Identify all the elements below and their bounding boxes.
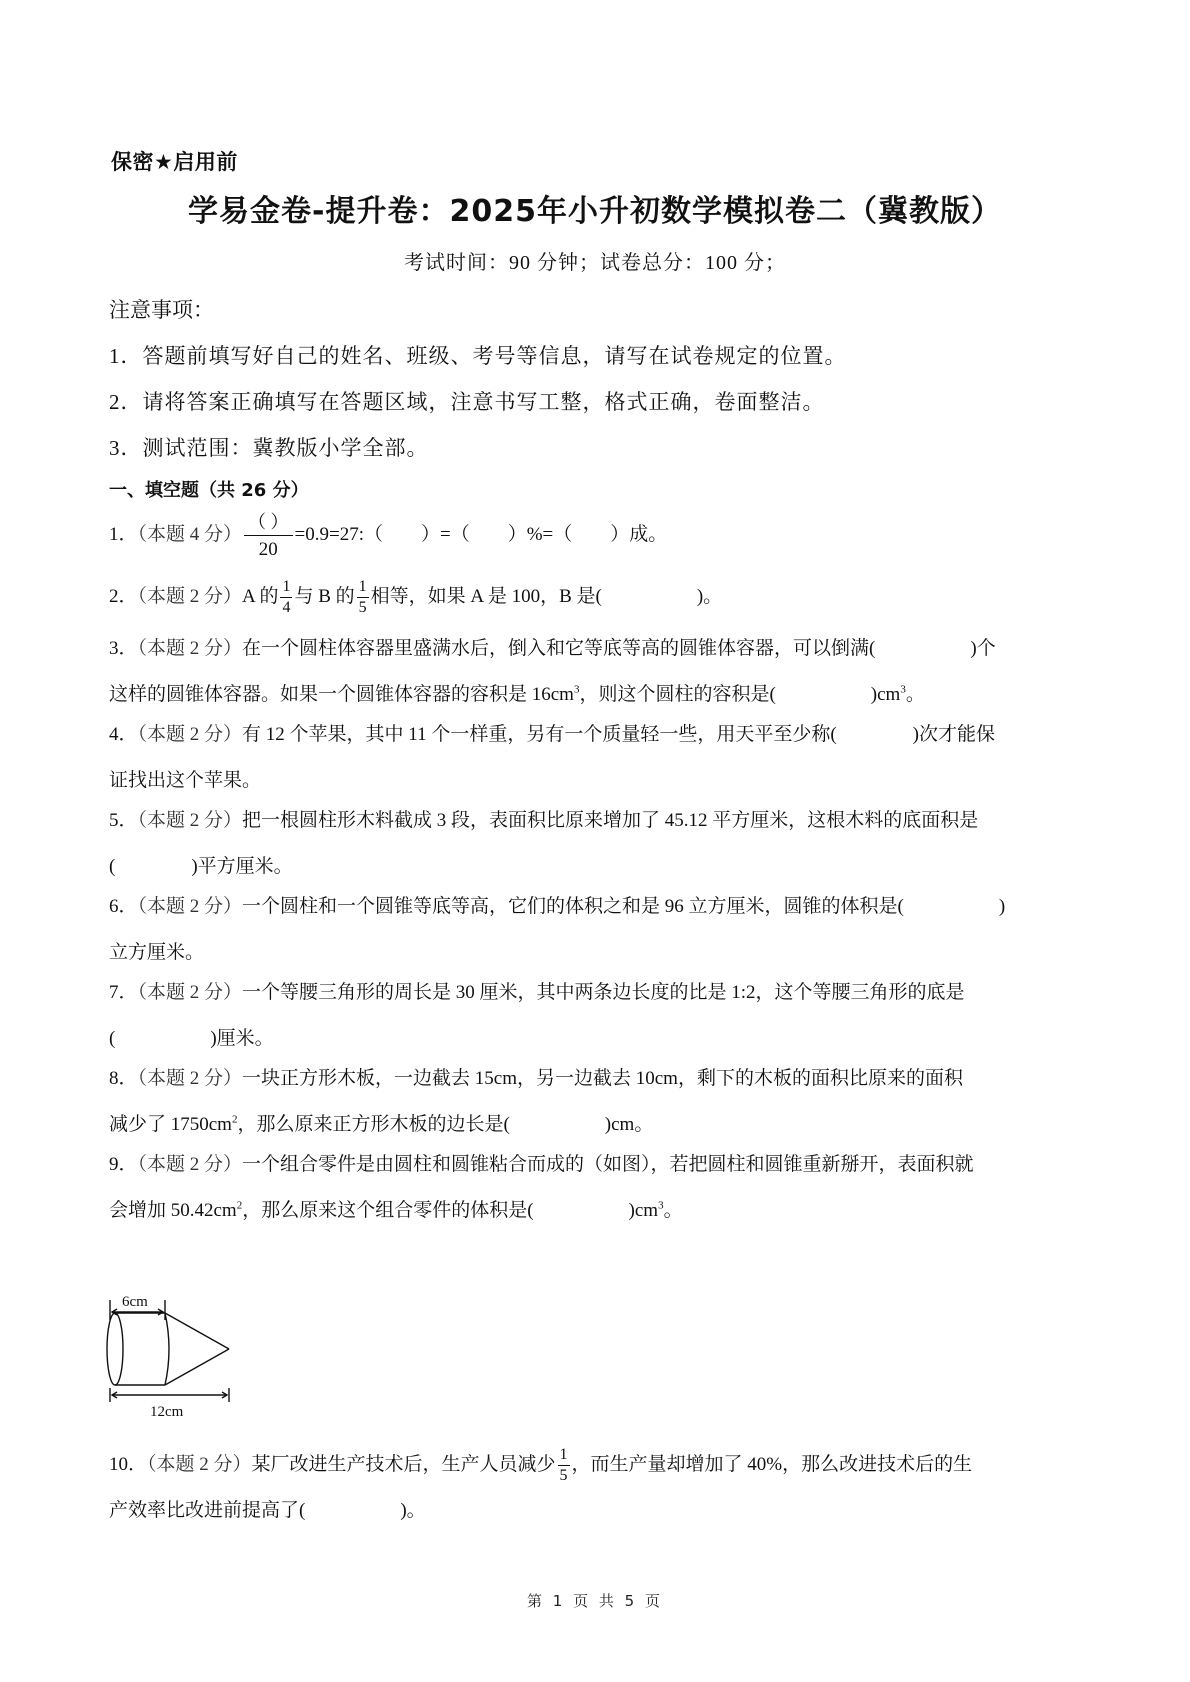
question-6: 6．（本题 2 分）一个圆柱和一个圆锥等底等高，它们的体积之和是 96 立方厘米… [109, 884, 1005, 976]
question-points: （本题 2 分） [138, 810, 243, 831]
question-2: 2．（本题 2 分）A 的14与 B 的15相等，如果 A 是 100，B 是(… [109, 574, 722, 620]
question-number: 2． [109, 586, 138, 607]
question-text: 一个圆柱和一个圆锥等底等高，它们的体积之和是 96 立方厘米，圆锥的体积是( ) [242, 896, 1005, 917]
question-text: ( )厘米。 [109, 1028, 274, 1049]
section-heading-fill-blank: 一、填空题（共 26 分） [109, 476, 309, 502]
question-text: 。 [906, 684, 925, 705]
question-text: 证找出这个苹果。 [109, 770, 261, 791]
question-text: 某厂改进生产技术后，生产人员减少 [252, 1454, 556, 1475]
question-text: 一块正方形木板，一边截去 15cm，另一边截去 10cm，剩下的木板的面积比原来… [242, 1068, 963, 1089]
question-points: （本题 2 分） [138, 1154, 243, 1175]
question-text: =0.9=27:（ ）=（ ）%=（ ）成。 [295, 524, 668, 545]
question-number: 7． [109, 982, 138, 1003]
note-item: 1．答题前填写好自己的姓名、班级、考号等信息，请写在试卷规定的位置。 [109, 340, 847, 370]
question-text: 减少了 1750cm [109, 1114, 232, 1135]
fraction: （ ）20 [244, 513, 293, 559]
question-text: ，则这个圆柱的容积是( )cm [579, 684, 900, 705]
question-text: A 的 [242, 586, 278, 607]
question-text: 有 12 个苹果，其中 11 个一样重，另有一个质量轻一些，用天平至少称( )次… [242, 724, 995, 745]
question-text: 会增加 50.42cm [109, 1200, 237, 1221]
question-5: 5．（本题 2 分）把一根圆柱形木料截成 3 段，表面积比原来增加了 45.12… [109, 798, 978, 890]
question-text: ( )平方厘米。 [109, 856, 293, 877]
fraction: 14 [280, 579, 292, 616]
note-item: 2．请将答案正确填写在答题区域，注意书写工整，格式正确，卷面整洁。 [109, 386, 825, 416]
question-points: （本题 4 分） [138, 524, 243, 545]
question-text: ，那么原来正方形木板的边长是( )cm。 [237, 1114, 653, 1135]
question-9: 9．（本题 2 分）一个组合零件是由圆柱和圆锥粘合而成的（如图），若把圆柱和圆锥… [109, 1142, 974, 1234]
question-points: （本题 2 分） [138, 982, 243, 1003]
question-text: ，那么原来这个组合零件的体积是( )cm [242, 1200, 658, 1221]
question-7: 7．（本题 2 分）一个等腰三角形的周长是 30 厘米，其中两条边长度的比是 1… [109, 970, 965, 1062]
question-text: 一个等腰三角形的周长是 30 厘米，其中两条边长度的比是 1:2，这个等腰三角形… [242, 982, 965, 1003]
question-number: 9． [109, 1154, 138, 1175]
question-points: （本题 2 分） [138, 638, 243, 659]
question-text: 立方厘米。 [109, 942, 204, 963]
fraction-numerator: （ ） [244, 513, 293, 536]
question-8: 8．（本题 2 分）一块正方形木板，一边截去 15cm，另一边截去 10cm，剩… [109, 1056, 963, 1148]
question-number: 10． [109, 1454, 147, 1475]
question-points: （本题 2 分） [138, 1068, 243, 1089]
fraction: 15 [357, 579, 369, 616]
question-points: （本题 2 分） [147, 1454, 252, 1475]
question-10: 10．（本题 2 分）某厂改进生产技术后，生产人员减少15，而生产量却增加了 4… [109, 1442, 972, 1534]
page-number: 第 1 页 共 5 页 [0, 1590, 1190, 1611]
question-text: 在一个圆柱体容器里盛满水后，倒入和它等底等高的圆锥体容器，可以倒满( )个 [242, 638, 996, 659]
question-text: 相等，如果 A 是 100，B 是( )。 [371, 586, 723, 607]
fraction-denominator: 20 [244, 536, 293, 559]
question-text: 把一根圆柱形木料截成 3 段，表面积比原来增加了 45.12 平方厘米，这根木料… [242, 810, 978, 831]
figure-bottom-label: 12cm [150, 1404, 184, 1420]
question-4: 4．（本题 2 分）有 12 个苹果，其中 11 个一样重，另有一个质量轻一些，… [109, 712, 995, 804]
note-item: 3．测试范围：冀教版小学全部。 [109, 432, 429, 462]
question-text: ，而生产量却增加了 40%，那么改进技术后的生 [572, 1454, 973, 1475]
question-number: 4． [109, 724, 138, 745]
fraction-numerator: 1 [357, 579, 369, 598]
fraction: 15 [558, 1447, 570, 1484]
fraction-denominator: 5 [558, 1466, 570, 1484]
exam-title: 学易金卷-提升卷：2025年小升初数学模拟卷二（冀教版） [0, 186, 1190, 230]
question-number: 6． [109, 896, 138, 917]
question-number: 1． [109, 524, 138, 545]
question-number: 8． [109, 1068, 138, 1089]
question-points: （本题 2 分） [138, 724, 243, 745]
question-points: （本题 2 分） [138, 896, 243, 917]
question-text: 这样的圆锥体容器。如果一个圆锥体容器的容积是 16cm [109, 684, 574, 705]
question-text: 产效率比改进前提高了( )。 [109, 1500, 426, 1521]
question-1: 1．（本题 4 分）（ ）20=0.9=27:（ ）=（ ）%=（ ）成。 [109, 512, 667, 559]
question-points: （本题 2 分） [138, 586, 243, 607]
fraction-numerator: 1 [280, 579, 292, 598]
question-text: 一个组合零件是由圆柱和圆锥粘合而成的（如图），若把圆柱和圆锥重新掰开，表面积就 [242, 1154, 974, 1175]
question-number: 3． [109, 638, 138, 659]
fraction-denominator: 4 [280, 598, 292, 616]
confidential-label: 保密★启用前 [111, 146, 238, 176]
fraction-denominator: 5 [357, 598, 369, 616]
exam-info: 考试时间：90 分钟；试卷总分：100 分； [0, 246, 1190, 275]
figure-top-label: 6cm [122, 1294, 148, 1310]
notes-heading: 注意事项： [109, 294, 214, 324]
question-3: 3．（本题 2 分）在一个圆柱体容器里盛满水后，倒入和它等底等高的圆锥体容器，可… [109, 626, 996, 718]
question-text: 。 [664, 1200, 683, 1221]
question-number: 5． [109, 810, 138, 831]
cylinder-cone-figure: 6cm 12cm [104, 1290, 244, 1425]
question-text: 与 B 的 [294, 586, 354, 607]
fraction-numerator: 1 [558, 1447, 570, 1466]
